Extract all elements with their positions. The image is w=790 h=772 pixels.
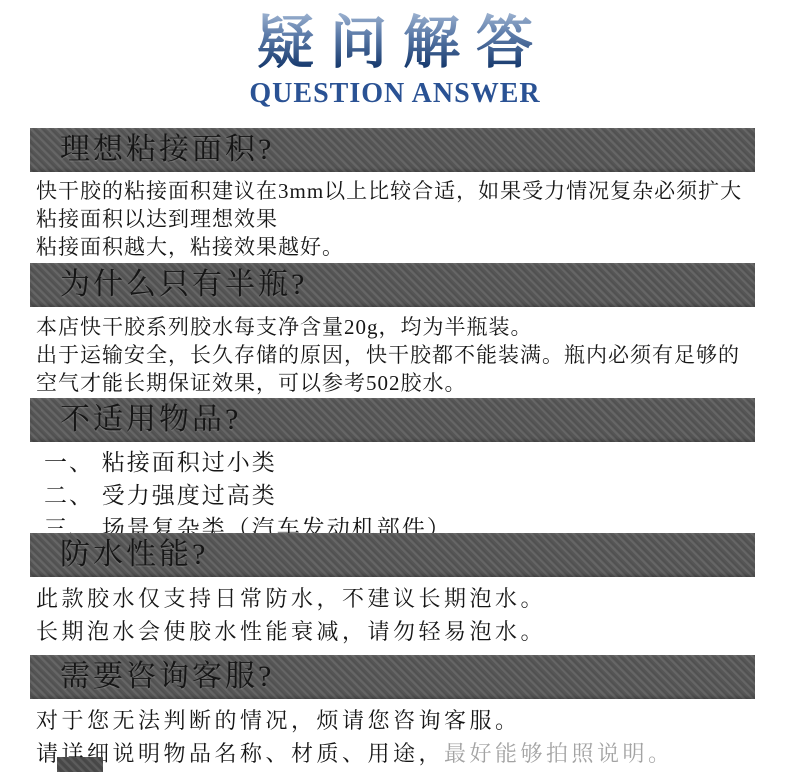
paragraph: 快干胶的粘接面积建议在3mm以上比较合适，如果受力情况复杂必须扩大粘接面积以达到…: [36, 177, 758, 233]
paragraph: 粘接面积越大，粘接效果越好。: [36, 233, 758, 261]
paragraph: 对于您无法判断的情况，烦请您咨询客服。: [36, 704, 758, 737]
paragraph: 长期泡水会使胶水性能衰减，请勿轻易泡水。: [36, 615, 758, 648]
section-heading-label: 理想粘接面积?: [30, 128, 755, 172]
list-item: 一、 粘接面积过小类: [44, 446, 758, 479]
qa-page: 疑问解答 QUESTION ANSWER 理想粘接面积? 快干胶的粘接面积建议在…: [0, 0, 790, 772]
section-heading-label: 不适用物品?: [30, 398, 755, 442]
paragraph: 请详细说明物品名称、材质、用途，最好能够拍照说明。: [36, 737, 758, 770]
section-body-why-half-bottle: 本店快干胶系列胶水每支净含量20g，均为半瓶装。 出于运输安全，长久存储的原因，…: [36, 313, 758, 397]
section-heading-label: 需要咨询客服?: [30, 655, 755, 699]
page-title: 疑问解答: [0, 8, 790, 80]
paragraph-faded-part: 最好能够拍照说明。: [444, 741, 674, 766]
section-heading-bar-why-half-bottle: 为什么只有半瓶?: [30, 263, 755, 307]
cutoff-next-section-bar: [57, 757, 103, 772]
section-body-contact-service: 对于您无法判断的情况，烦请您咨询客服。 请详细说明物品名称、材质、用途，最好能够…: [36, 704, 758, 770]
section-heading-label: 为什么只有半瓶?: [30, 263, 755, 307]
paragraph: 出于运输安全，长久存储的原因，快干胶都不能装满。瓶内必须有足够的空气才能长期保证…: [36, 341, 758, 397]
section-body-waterproof: 此款胶水仅支持日常防水，不建议长期泡水。 长期泡水会使胶水性能衰减，请勿轻易泡水…: [36, 582, 758, 648]
unsuitable-items-list: 一、 粘接面积过小类 二、 受力强度过高类 三、 场景复杂类（汽车发动机部件）: [44, 446, 758, 545]
section-heading-bar-ideal-bond-area: 理想粘接面积?: [30, 128, 755, 172]
section-heading-bar-unsuitable-items: 不适用物品?: [30, 398, 755, 442]
list-item: 二、 受力强度过高类: [44, 479, 758, 512]
section-heading-label: 防水性能?: [30, 533, 755, 577]
paragraph: 此款胶水仅支持日常防水，不建议长期泡水。: [36, 582, 758, 615]
page-subtitle: QUESTION ANSWER: [0, 78, 790, 110]
section-heading-bar-waterproof: 防水性能?: [30, 533, 755, 577]
paragraph: 本店快干胶系列胶水每支净含量20g，均为半瓶装。: [36, 313, 758, 341]
section-body-ideal-bond-area: 快干胶的粘接面积建议在3mm以上比较合适，如果受力情况复杂必须扩大粘接面积以达到…: [36, 177, 758, 261]
section-heading-bar-contact-service: 需要咨询客服?: [30, 655, 755, 699]
